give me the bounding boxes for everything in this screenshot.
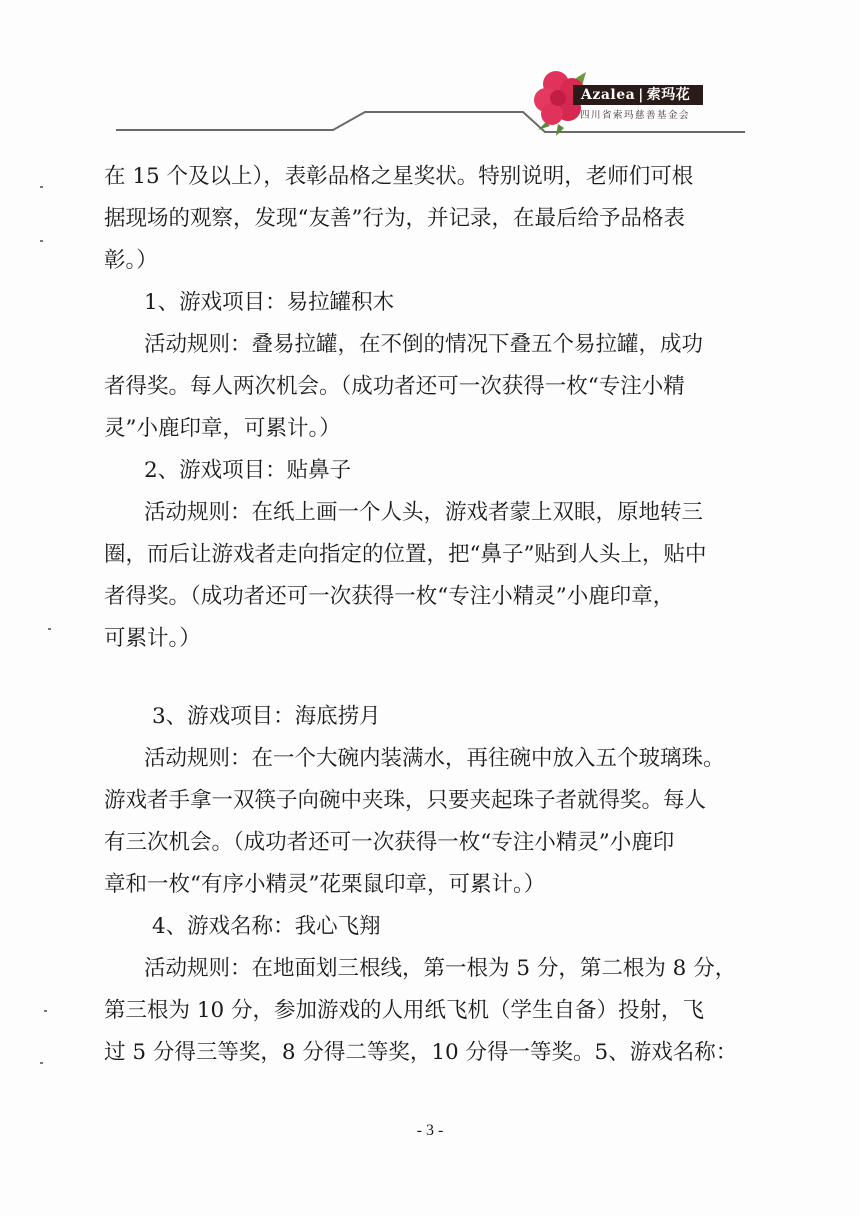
intro-line: 据现场的观察，发现“友善”行为，并记录，在最后给予品格表 xyxy=(104,198,744,240)
game-3-rule-line: 活动规则：在一个大碗内装满水，再往碗中放入五个玻璃珠。 xyxy=(104,738,744,780)
logo-brand-en: Azalea xyxy=(581,87,635,103)
game-3-title: 3、游戏项目：海底捞月 xyxy=(104,696,744,738)
document-body: 在 15 个及以上），表彰品格之星奖状。特别说明，老师们可根 据现场的观察，发现… xyxy=(104,156,744,1074)
game-2-rule-line: 活动规则：在纸上画一个人头，游戏者蒙上双眼，原地转三 xyxy=(104,492,744,534)
game-4-rule-line: 第三根为 10 分，参加游戏的人用纸飞机（学生自备）投射，飞 xyxy=(104,990,744,1032)
page-number: - 3 - xyxy=(0,1122,860,1140)
game-2-rule-line: 者得奖。（成功者还可一次获得一枚“专注小精灵”小鹿印章， xyxy=(104,576,744,618)
scan-speck xyxy=(40,186,43,188)
game-3-rule-line: 有三次机会。（成功者还可一次获得一枚“专注小精灵”小鹿印 xyxy=(104,822,744,864)
scan-speck xyxy=(40,240,43,242)
scan-speck xyxy=(44,1010,47,1012)
paragraph-gap xyxy=(104,660,744,696)
game-2-rule-line: 圈，而后让游戏者走向指定的位置，把“鼻子”贴到人头上，贴中 xyxy=(104,534,744,576)
game-4-title: 4、游戏名称：我心飞翔 xyxy=(104,906,744,948)
intro-line: 彰。） xyxy=(104,240,744,282)
game-3-rule-line: 章和一枚“有序小精灵”花栗鼠印章，可累计。） xyxy=(104,864,744,906)
game-4-rule-line: 活动规则：在地面划三根线，第一根为 5 分，第二根为 8 分， xyxy=(104,948,744,990)
logo-organization-name: 四川省索玛慈善基金会 xyxy=(580,107,690,121)
logo-brand-bar: Azalea|索玛花 xyxy=(573,85,703,105)
game-1-rule-line: 灵”小鹿印章，可累计。） xyxy=(104,408,744,450)
game-3-rule-line: 游戏者手拿一双筷子向碗中夹珠，只要夹起珠子者就得奖。每人 xyxy=(104,780,744,822)
header-rule-line xyxy=(0,0,860,160)
scan-speck xyxy=(40,1062,43,1064)
document-page: Azalea|索玛花 四川省索玛慈善基金会 在 15 个及以上），表彰品格之星奖… xyxy=(0,0,860,1216)
game-1-rule-line: 活动规则：叠易拉罐，在不倒的情况下叠五个易拉罐，成功 xyxy=(104,324,744,366)
scan-speck xyxy=(48,628,51,630)
game-4-rule-line: 过 5 分得三等奖，8 分得二等奖，10 分得一等奖。5、游戏名称： xyxy=(104,1032,744,1074)
game-1-title: 1、游戏项目：易拉罐积木 xyxy=(104,282,744,324)
game-1-rule-line: 者得奖。每人两次机会。（成功者还可一次获得一枚“专注小精 xyxy=(104,366,744,408)
foundation-logo: Azalea|索玛花 四川省索玛慈善基金会 xyxy=(528,64,718,136)
intro-line: 在 15 个及以上），表彰品格之星奖状。特别说明，老师们可根 xyxy=(104,156,744,198)
logo-brand-cn: 索玛花 xyxy=(647,87,691,103)
game-2-title: 2、游戏项目：贴鼻子 xyxy=(104,450,744,492)
game-2-rule-line: 可累计。） xyxy=(104,618,744,660)
